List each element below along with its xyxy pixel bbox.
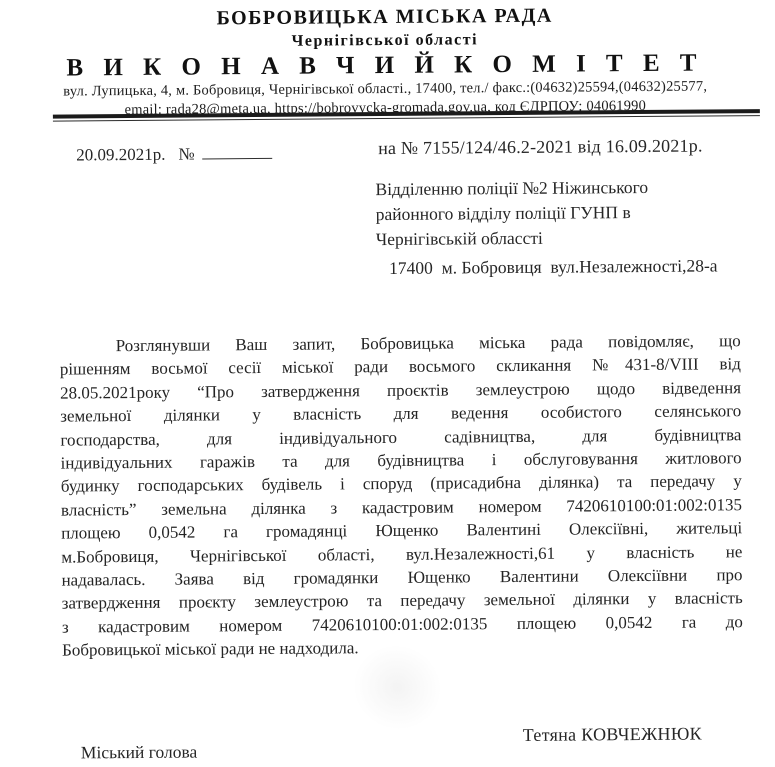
number-blank-line: [203, 144, 273, 160]
number-sign: №: [178, 145, 194, 164]
signer-position: Міський голова: [81, 742, 197, 764]
addressee-line-3: Чернігівській облассті: [376, 224, 706, 252]
page-content: БОБРОВИЦЬКА МІСЬКА РАДА Чернігівської об…: [0, 0, 775, 767]
scanned-letter-page: БОБРОВИЦЬКА МІСЬКА РАДА Чернігівської об…: [0, 0, 775, 767]
outgoing-date-line: 20.09.2021р.№: [76, 144, 273, 166]
organization-name: БОБРОВИЦЬКА МІСЬКА РАДА: [0, 3, 772, 32]
signer-name: Тетяна КОВЧЕЖНЮК: [523, 724, 702, 746]
addressee-block: Відділенню поліції №2 Ніжинського районн…: [375, 174, 706, 252]
reply-reference: на № 7155/124/46.2-2021 від 16.09.2021р.: [378, 136, 703, 160]
addressee-line-1: Відділенню поліції №2 Ніжинського: [375, 174, 705, 202]
letterhead: БОБРОВИЦЬКА МІСЬКА РАДА Чернігівської об…: [0, 0, 773, 120]
addressee-line-2: районного відділу поліції ГУНП в: [376, 199, 706, 227]
body-line: Бобровицької міської ради не надходила.: [62, 633, 743, 662]
letter-body: Розглянувши Ваш запит, Бобровицька міськ…: [60, 329, 744, 662]
outgoing-date: 20.09.2021р.: [76, 145, 165, 165]
addressee-postal-address: 17400 м. Бобровиця вул.Незалежності,28-а: [389, 255, 718, 279]
